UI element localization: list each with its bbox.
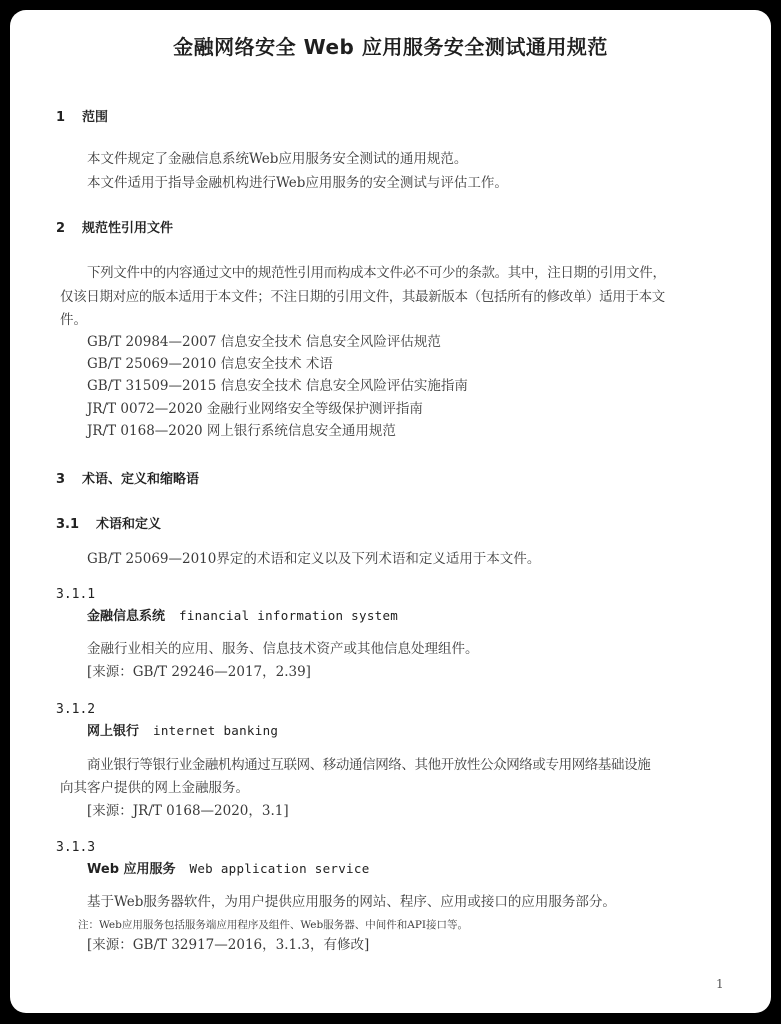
source-citation: [来源：GB/T 29246—2017，2.39] [87, 666, 311, 680]
definition-line: 向其客户提供的网上金融服务。 [60, 782, 249, 796]
term-entry: Web 应用服务Web application service [87, 863, 370, 876]
term-chinese: 金融信息系统 [87, 609, 165, 624]
source-citation: [来源：JR/T 0168—2020，3.1] [87, 805, 289, 819]
section-2-heading: 2规范性引用文件 [56, 222, 173, 235]
paragraph-line: 仅该日期对应的版本适用于本文件；不注日期的引用文件，其最新版本（包括所有的修改单… [60, 291, 665, 305]
paragraph-line: 件。 [60, 314, 87, 328]
clause-number: 3.1.3 [56, 841, 95, 854]
term-entry: 金融信息系统financial information system [87, 610, 398, 623]
clause-number: 3.1.1 [56, 588, 95, 601]
term-english: financial information system [179, 608, 398, 623]
section-number: 3 [56, 473, 82, 486]
section-title: 范围 [82, 110, 108, 125]
section-title: 规范性引用文件 [82, 221, 173, 236]
section-1-heading: 1范围 [56, 111, 108, 124]
term-chinese: 网上银行 [87, 724, 139, 739]
reference-item: GB/T 25069—2010 信息安全技术 术语 [87, 358, 333, 372]
section-number: 1 [56, 111, 82, 124]
paragraph: 本文件适用于指导金融机构进行Web应用服务的安全测试与评估工作。 [87, 177, 508, 191]
reference-item: GB/T 31509—2015 信息安全技术 信息安全风险评估实施指南 [87, 380, 468, 394]
term-english: internet banking [153, 723, 278, 738]
paragraph: GB/T 25069—2010界定的术语和定义以及下列术语和定义适用于本文件。 [87, 553, 540, 567]
reference-item: GB/T 20984—2007 信息安全技术 信息安全风险评估规范 [87, 336, 441, 350]
definition: 金融行业相关的应用、服务、信息技术资产或其他信息处理组件。 [87, 643, 479, 657]
section-title: 术语、定义和缩略语 [82, 472, 199, 487]
subsection-number: 3.1 [56, 518, 96, 531]
subsection-title: 术语和定义 [96, 517, 161, 532]
definition-line: 商业银行等银行业金融机构通过互联网、移动通信网络、其他开放性公众网络或专用网络基… [87, 759, 650, 773]
source-citation: [来源：GB/T 32917—2016，3.1.3，有修改] [87, 939, 369, 953]
clause-number: 3.1.2 [56, 703, 95, 716]
reference-item: JR/T 0168—2020 网上银行系统信息安全通用规范 [87, 425, 396, 439]
term-chinese: Web 应用服务 [87, 862, 176, 877]
term-english: Web application service [190, 861, 370, 876]
document-title: 金融网络安全 Web 应用服务安全测试通用规范 [10, 37, 771, 57]
reference-item: JR/T 0072—2020 金融行业网络安全等级保护测评指南 [87, 403, 423, 417]
page-number: 1 [716, 978, 724, 990]
definition: 基于Web服务器软件，为用户提供应用服务的网站、程序、应用或接口的应用服务部分。 [87, 896, 616, 910]
term-entry: 网上银行internet banking [87, 725, 278, 738]
document-page: 金融网络安全 Web 应用服务安全测试通用规范 1范围 本文件规定了金融信息系统… [10, 10, 771, 1013]
section-3-heading: 3术语、定义和缩略语 [56, 473, 199, 486]
subsection-3-1-heading: 3.1术语和定义 [56, 518, 161, 531]
note: 注：Web应用服务包括服务端应用程序及组件、Web服务器、中间件和API接口等。 [78, 920, 468, 931]
section-number: 2 [56, 222, 82, 235]
paragraph: 本文件规定了金融信息系统Web应用服务安全测试的通用规范。 [87, 153, 467, 167]
paragraph-line: 下列文件中的内容通过文中的规范性引用而构成本文件必不可少的条款。其中，注日期的引… [87, 267, 666, 281]
